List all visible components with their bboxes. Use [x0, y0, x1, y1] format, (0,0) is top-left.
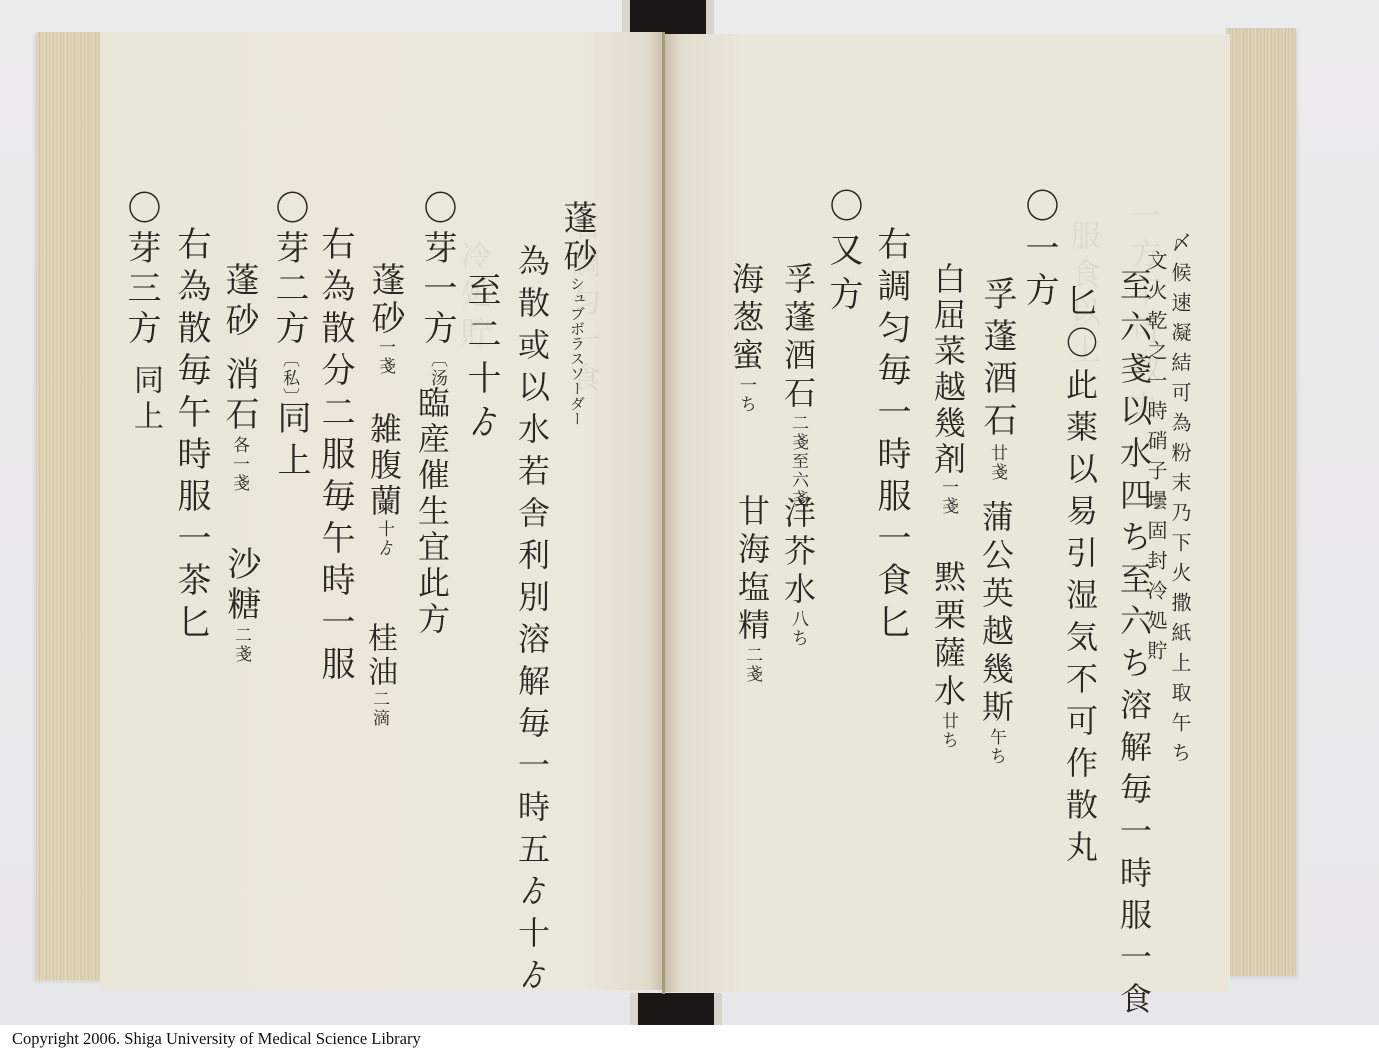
text-column: 至二十ゟ: [464, 272, 498, 448]
ingredient: 蓬砂一戔: [368, 262, 402, 376]
ingredient-dose: 一戔: [938, 478, 958, 516]
text-column: 同上: [274, 400, 308, 484]
recipe-heading: 〇芽一方〔汤〕: [420, 190, 454, 407]
ingredient-dose: 二戔: [742, 646, 762, 684]
ingredient-name: 雑腹蘭: [365, 412, 403, 520]
ingredient: 白屈菜越幾剤一戔: [932, 262, 964, 516]
recipe-heading: 〇一方: [1022, 188, 1056, 314]
ingredient-name: 海葱蜜: [727, 262, 765, 376]
ingredient-name: 孚蓬酒石: [779, 262, 817, 414]
ingredient-dose: 二滴: [369, 690, 389, 728]
entry-title: 蓬砂シュブボラスソーダー: [560, 200, 594, 426]
ingredient-name: 消石: [219, 356, 259, 436]
ingredient-dose: 廿戔: [987, 444, 1007, 482]
recipe-title: 〇芽二方: [269, 190, 309, 350]
binding-strip-bottom: [638, 993, 714, 1025]
binding-strip-top: [630, 0, 706, 36]
ingredient-dose: 一戔: [375, 338, 395, 376]
ingredient-name: 孚蓬酒石: [977, 276, 1017, 444]
ingredient: 蒲公英越幾斯午ち: [980, 500, 1012, 766]
ingredient-dose: 各一戔: [229, 436, 249, 493]
ingredient: 蓬砂: [222, 262, 256, 342]
ingredient: 洋芥水八ち: [782, 496, 814, 648]
recipe-heading: 〇芽三方: [124, 190, 158, 350]
ingredient: 雑腹蘭十ゟ: [368, 412, 400, 558]
instruction-column: 右為散分二服毎午時一服: [318, 226, 352, 688]
text-column: 同上: [130, 364, 160, 436]
ingredient: 孚蓬酒石廿戔: [980, 276, 1014, 482]
recipe-source-mark: 〔私〕: [279, 350, 299, 407]
instruction-column: 右為散毎午時服一茶匕: [174, 226, 208, 646]
text-column: 為散或以水若舎利別溶解毎一時五ゟ十ゟ: [516, 244, 548, 1000]
ingredient-dose: 二戔至六戔: [788, 414, 808, 509]
text-column: 匕〇此薬以易引湿気不可作散丸: [1064, 284, 1096, 872]
ingredient: 孚蓬酒石二戔至六戔: [782, 262, 814, 509]
ingredient: 海葱蜜一ち: [730, 262, 762, 414]
ingredient-dose: 午ち: [986, 728, 1006, 766]
drug-name: 蓬砂: [557, 200, 597, 276]
ingredient: 沙糖二戔: [224, 546, 258, 664]
ingredient-dose: 廿ち: [938, 712, 958, 750]
copyright-notice: Copyright 2006. Shiga University of Medi…: [12, 1029, 421, 1049]
text-column: 至六戔以水四ち至六ち溶解毎一時服一食: [1118, 268, 1150, 1024]
ingredient: 消石各一戔: [222, 356, 256, 493]
ingredient-name: 桂油: [362, 622, 397, 690]
ingredient-name: 蒲公英越幾斯: [977, 500, 1015, 728]
recipe-heading: 〇又方: [826, 188, 860, 320]
instruction-column: 右調匀毎一時服一食匕: [874, 226, 908, 646]
ingredient-name: 甘海塩精: [733, 494, 771, 646]
ingredient-name: 沙糖: [221, 546, 261, 626]
text-column: 〆候速凝結可為粉末乃下火撒紙上取午ち: [1170, 232, 1190, 772]
recipe-heading: 〇芽二方〔私〕: [272, 190, 306, 407]
recipe-title: 〇芽一方: [417, 190, 457, 350]
drug-name-reading: シュブボラスソーダー: [568, 276, 586, 426]
ingredient-name: 蓬砂: [365, 262, 405, 338]
indication-column: 臨産催生宜此方: [416, 386, 448, 638]
ingredient-dose: 一ち: [736, 376, 756, 414]
ingredient: 黙栗薩水廿ち: [932, 560, 964, 750]
right-page-stack-edge: [1226, 28, 1296, 976]
ingredient-dose: 十ゟ: [374, 520, 394, 558]
ingredient-name: 洋芥水: [779, 496, 817, 610]
ingredient-name: 黙栗薩水: [929, 560, 967, 712]
book-gutter: [662, 32, 665, 994]
ingredient: 甘海塩精二戔: [736, 494, 768, 684]
ingredient-dose: 二戔: [231, 626, 251, 664]
ingredient-name: 白屈菜越幾剤: [929, 262, 967, 478]
ingredient-dose: 八ち: [788, 610, 808, 648]
ingredient: 桂油二滴: [364, 622, 394, 728]
left-page-stack-edge: [36, 32, 102, 980]
